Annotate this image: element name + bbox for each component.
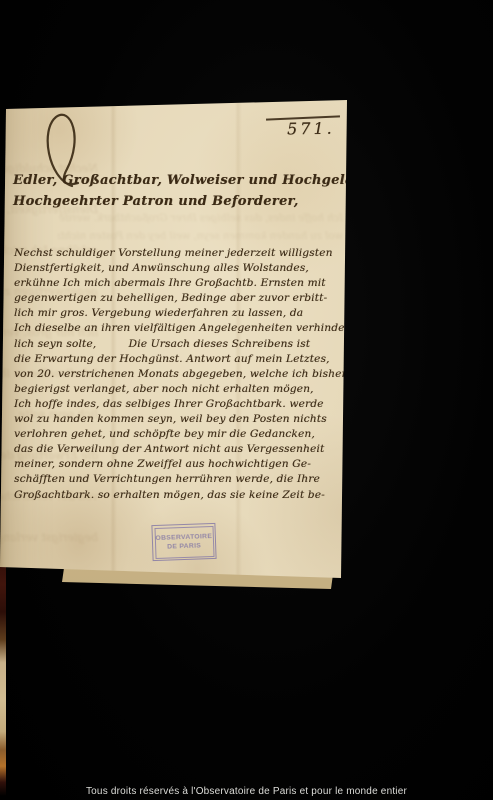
stamp-line: DE PARIS bbox=[167, 542, 201, 551]
manuscript-line: schäfften und Verrichtungen herrühren we… bbox=[14, 472, 348, 487]
bleed-line: Ich hoffe indes, das selbiges Ihrer Groß… bbox=[58, 210, 343, 228]
bleed-line: wol zu handen kommen seyn, weil bey den … bbox=[58, 228, 343, 246]
stamp-line: OBSERVATOIRE bbox=[155, 533, 212, 542]
copyright-caption: Tous droits réservés à l'Observatoire de… bbox=[0, 786, 493, 797]
manuscript-line: Großachtbark. so erhalten mögen, das sie… bbox=[14, 488, 348, 503]
manuscript-line: meiner, sondern ohne Zweiffel aus hochwi… bbox=[14, 457, 348, 472]
salutation-line: Hochgeehrter Patron und Beforderer, bbox=[13, 191, 396, 212]
manuscript-line: von 20. verstrichenen Monats abgegeben, … bbox=[14, 367, 348, 382]
manuscript-line: wol zu handen kommen seyn, weil bey den … bbox=[14, 412, 348, 427]
manuscript-line: Ich hoffe indes, das selbiges Ihrer Groß… bbox=[14, 397, 348, 412]
scan-viewport: Nechst schuldiger Vorstellung meiner jed… bbox=[0, 0, 493, 800]
manuscript-line: lich seyn solte, Die Ursach dieses Schre… bbox=[14, 337, 348, 352]
bleed-line: begierigst verlanget, aber noch nicht er… bbox=[0, 517, 98, 558]
salutation: Edler, Großachtbar, Wolweiser und Hochge… bbox=[13, 170, 396, 212]
manuscript-line: erkühne Ich mich abermals Ihre Großachtb… bbox=[14, 276, 348, 291]
manuscript-line: lich mir gros. Vergebung wiederfahren zu… bbox=[14, 306, 348, 321]
manuscript-line: Ich dieselbe an ihren vielfältigen Angel… bbox=[14, 321, 348, 336]
book-spine-edge bbox=[0, 566, 6, 796]
manuscript-line: gegenwertigen zu behelligen, Bedinge abe… bbox=[14, 291, 348, 306]
manuscript-line: verlohren gehet, und schöpfte bey mir di… bbox=[14, 427, 348, 442]
manuscript-page: Nechst schuldiger Vorstellung meiner jed… bbox=[0, 0, 493, 800]
manuscript-line: das die Verweilung der Antwort nicht aus… bbox=[14, 442, 348, 457]
manuscript-line: Dienstfertigkeit, und Anwünschung alles … bbox=[14, 261, 348, 276]
letter-body: Nechst schuldiger Vorstellung meiner jed… bbox=[14, 246, 348, 503]
manuscript-line: die Erwartung der Hochgünst. Antwort auf… bbox=[14, 352, 348, 367]
bleed-through-text-middle: Ich hoffe indes, das selbiges Ihrer Groß… bbox=[58, 210, 343, 246]
observatory-stamp: OBSERVATOIRE DE PARIS bbox=[151, 523, 216, 561]
stamp-text: OBSERVATOIRE DE PARIS bbox=[154, 525, 214, 558]
manuscript-line: begierigst verlanget, aber noch nicht er… bbox=[14, 382, 348, 397]
folio-number: 571. bbox=[287, 119, 335, 139]
salutation-line: Edler, Großachtbar, Wolweiser und Hochge… bbox=[13, 170, 396, 191]
manuscript-line: Nechst schuldiger Vorstellung meiner jed… bbox=[14, 246, 348, 261]
